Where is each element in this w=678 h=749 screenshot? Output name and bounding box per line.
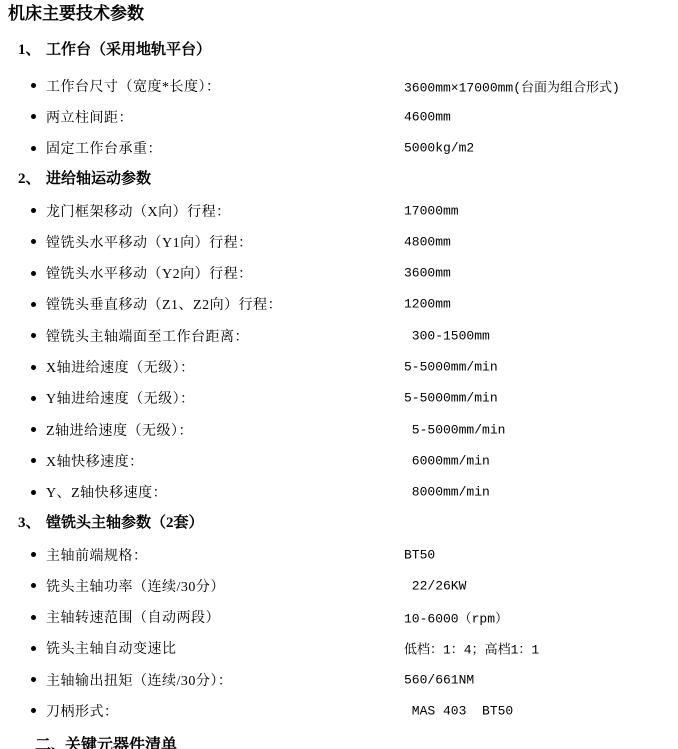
section-title: 关键元器件清单 bbox=[65, 736, 177, 749]
section-title: 进给轴运动参数 bbox=[46, 170, 151, 189]
bullet-icon bbox=[31, 302, 36, 307]
section-heading-1: 1、 工作台（采用地轨平台） bbox=[18, 41, 678, 60]
spec-value: BT50 bbox=[404, 547, 435, 562]
section-1-rows: 工作台尺寸（宽度*长度）： 3600mm×17000mm(台面为组合形式) 两立… bbox=[0, 70, 678, 164]
section-title: 工作台（采用地轨平台） bbox=[46, 41, 211, 60]
spec-row: 镗铣头主轴端面至工作台距离： 300-1500mm bbox=[0, 320, 678, 351]
bullet-icon bbox=[31, 646, 36, 651]
spec-value: 6000mm/min bbox=[404, 453, 490, 468]
spec-value: 17000mm bbox=[404, 203, 459, 218]
section-number: 1、 bbox=[18, 41, 46, 60]
page-title: 机床主要技术参数 bbox=[8, 4, 678, 24]
spec-label: X轴进给速度（无级）： bbox=[0, 357, 195, 377]
spec-value: 8000mm/min bbox=[404, 485, 490, 500]
spec-label: 主轴前端规格： bbox=[0, 545, 148, 565]
section-2-rows: 龙门框架移动（X向）行程： 17000mm 镗铣头水平移动（Y1向）行程： 48… bbox=[0, 195, 678, 508]
spec-value: 5-5000mm/min bbox=[404, 422, 505, 437]
spec-value: 10-6000（rpm） bbox=[404, 608, 508, 627]
spec-row: Y、Z轴快移速度： 8000mm/min bbox=[0, 477, 678, 508]
spec-label: 固定工作台承重： bbox=[0, 138, 162, 158]
spec-label: 镗铣头水平移动（Y2向）行程： bbox=[0, 263, 253, 283]
spec-value: 5-5000mm/min bbox=[404, 391, 498, 406]
spec-label: 刀柄形式： bbox=[0, 701, 119, 721]
spec-row: 铣头主轴自动变速比 低档：1：4；高档1：1 bbox=[0, 633, 678, 664]
spec-value: 4800mm bbox=[404, 234, 451, 249]
section-number: 3、 bbox=[18, 514, 46, 533]
spec-label: 镗铣头垂直移动（Z1、Z2向）行程： bbox=[0, 294, 282, 314]
spec-row: 固定工作台承重： 5000kg/m2 bbox=[0, 133, 678, 164]
section-heading-2: 2、 进给轴运动参数 bbox=[18, 170, 678, 189]
spec-row: 主轴转速范围（自动两段） 10-6000（rpm） bbox=[0, 601, 678, 632]
spec-label: Y、Z轴快移速度： bbox=[0, 482, 167, 502]
bullet-icon bbox=[31, 365, 36, 370]
spec-label: Z轴进给速度（无级）： bbox=[0, 420, 193, 440]
spec-label: 两立柱间距： bbox=[0, 107, 133, 127]
spec-row: 两立柱间距： 4600mm bbox=[0, 101, 678, 132]
spec-value: 3600mm bbox=[404, 266, 451, 281]
spec-label: 镗铣头水平移动（Y1向）行程： bbox=[0, 232, 253, 252]
next-section-heading: 二、 关键元器件清单 bbox=[35, 736, 678, 749]
section-title: 镗铣头主轴参数（2套） bbox=[46, 514, 204, 533]
section-number: 2、 bbox=[18, 170, 46, 189]
spec-row: 主轴输出扭矩（连续/30分）： 560/661NM bbox=[0, 664, 678, 695]
bullet-icon bbox=[31, 396, 36, 401]
bullet-icon bbox=[31, 490, 36, 495]
spec-value: 5-5000mm/min bbox=[404, 360, 498, 375]
spec-row: 主轴前端规格： BT50 bbox=[0, 539, 678, 570]
bullet-icon bbox=[31, 208, 36, 213]
spec-row: 镗铣头水平移动（Y2向）行程： 3600mm bbox=[0, 257, 678, 288]
spec-value: 5000kg/m2 bbox=[404, 141, 474, 156]
bullet-icon bbox=[31, 615, 36, 620]
spec-label: Y轴进给速度（无级）： bbox=[0, 388, 195, 408]
bullet-icon bbox=[31, 271, 36, 276]
spec-value: 1200mm bbox=[404, 297, 451, 312]
spec-value: 300-1500mm bbox=[404, 328, 490, 343]
spec-row: Z轴进给速度（无级）： 5-5000mm/min bbox=[0, 414, 678, 445]
spec-label: 铣头主轴自动变速比 bbox=[0, 638, 177, 658]
spec-label: 镗铣头主轴端面至工作台距离： bbox=[0, 326, 249, 346]
spec-value: 22/26KW bbox=[404, 578, 466, 593]
section-3-rows: 主轴前端规格： BT50 铣头主轴功率（连续/30分） 22/26KW 主轴转速… bbox=[0, 539, 678, 727]
bullet-icon bbox=[31, 146, 36, 151]
spec-row: Y轴进给速度（无级）： 5-5000mm/min bbox=[0, 383, 678, 414]
spec-row: 铣头主轴功率（连续/30分） 22/26KW bbox=[0, 570, 678, 601]
spec-label: X轴快移速度： bbox=[0, 451, 144, 471]
spec-value: 低档：1：4；高档1：1 bbox=[404, 639, 539, 658]
spec-row: 镗铣头垂直移动（Z1、Z2向）行程： 1200mm bbox=[0, 289, 678, 320]
spec-row: X轴进给速度（无级）： 5-5000mm/min bbox=[0, 351, 678, 382]
spec-row: 刀柄形式： MAS 403 BT50 bbox=[0, 695, 678, 726]
spec-row: 龙门框架移动（X向）行程： 17000mm bbox=[0, 195, 678, 226]
spec-value: 3600mm×17000mm(台面为组合形式) bbox=[404, 76, 620, 95]
spec-value: MAS 403 BT50 bbox=[404, 703, 513, 718]
bullet-icon bbox=[31, 552, 36, 557]
spec-value: 560/661NM bbox=[404, 672, 474, 687]
section-heading-3: 3、 镗铣头主轴参数（2套） bbox=[18, 514, 678, 533]
spec-row: X轴快移速度： 6000mm/min bbox=[0, 445, 678, 476]
section-number: 二、 bbox=[35, 736, 65, 749]
document-page: 机床主要技术参数 1、 工作台（采用地轨平台） 工作台尺寸（宽度*长度）： 36… bbox=[0, 0, 678, 749]
spec-row: 镗铣头水平移动（Y1向）行程： 4800mm bbox=[0, 226, 678, 257]
spec-value: 4600mm bbox=[404, 109, 451, 124]
spec-row: 工作台尺寸（宽度*长度）： 3600mm×17000mm(台面为组合形式) bbox=[0, 70, 678, 101]
